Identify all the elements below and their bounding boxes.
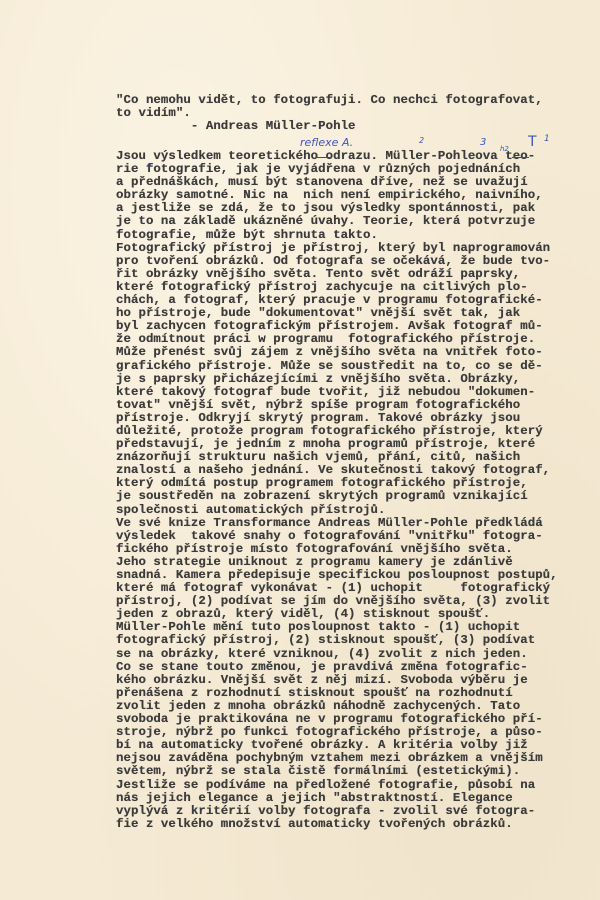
epigraph: "Co nemohu vidět, to fotografuji. Co nec… xyxy=(116,94,543,133)
text-line: grafického přístroje. Může se soustředit… xyxy=(116,359,543,373)
epigraph-line: "Co nemohu vidět, to fotografuji. Co nec… xyxy=(116,93,543,107)
text-line: byl zachycen fotografickým přístrojem. A… xyxy=(116,319,543,333)
scanned-page: "Co nemohu vidět, to fotografuji. Co nec… xyxy=(0,0,600,900)
text-line: fotografický přístroj, (2) stisknout spo… xyxy=(116,633,535,647)
text-line: obrázky samotné. Nic na nich není empiri… xyxy=(116,188,543,202)
text-line: Může přenést svůj zájem z vnějšího světa… xyxy=(116,345,543,359)
text-line: je to na základě ukázněné úvahy. Teorie,… xyxy=(116,214,535,228)
text-line: vyplývá z kritérií volby fotografa - zvo… xyxy=(116,804,535,818)
handwritten-mark-h2: h2 xyxy=(500,144,509,155)
handwritten-mark-t: T xyxy=(528,137,537,148)
text-line: fie z velkého množství automaticky tvoře… xyxy=(116,817,513,831)
strikethrough-mark xyxy=(512,157,529,158)
text-line: Jsou výsledkem teoretického odrazu. Müll… xyxy=(116,149,535,163)
text-line: snadná. Kamera předepisuje specifickou p… xyxy=(116,568,558,582)
text-line: Jestliže se podíváme na předložené fotog… xyxy=(116,778,535,792)
text-line: který odmítá postup programem fotografic… xyxy=(116,476,528,490)
text-line: znázorňují strukturu našich vjemů, přání… xyxy=(116,450,520,464)
text-line: které má fotograf vykonávat - (1) uchopi… xyxy=(116,581,550,595)
text-line: že odmítnout práci w programu fotografic… xyxy=(116,332,535,346)
text-line: společnosti automatických přístrojů. xyxy=(116,503,385,517)
text-line: se na obrázky, které vzniknou, (4) zvoli… xyxy=(116,647,528,661)
text-line: kého obrázku. Vnější svět z něj mizí. Sv… xyxy=(116,673,528,687)
text-line: přístroje. Odkryjí skrytý program. Takov… xyxy=(116,411,520,425)
text-line: výsledek takové snahy o fotografování "v… xyxy=(116,529,543,543)
epigraph-line: to vidím". xyxy=(116,106,191,120)
text-line: fotografie, může být shrnuta takto. xyxy=(116,228,378,242)
text-line: svoboda je praktikována ne v programu fo… xyxy=(116,712,543,726)
text-line: Co se stane touto změnou, je pravdivá zm… xyxy=(116,660,528,674)
text-line: řit obrázky vnějšího světa. Tento svět o… xyxy=(116,267,520,281)
text-line: Müller-Pohle mění tuto posloupnost takto… xyxy=(116,620,520,634)
text-line: znalostí a našeho jednání. Ve skutečnost… xyxy=(116,463,550,477)
text-line: Ve své knize Transformance Andreas Mülle… xyxy=(116,516,543,530)
text-line: jeden z obrazů, který viděl, (4) stiskno… xyxy=(116,607,490,621)
text-line: fického přístroje místo fotografování vn… xyxy=(116,542,513,556)
text-line: které takový fotograf bude tvořit, již n… xyxy=(116,385,535,399)
handwritten-mark-3: 3 xyxy=(480,137,486,148)
text-line: stroje, nýbrž po funkci fotografického p… xyxy=(116,725,543,739)
text-line: je s paprsky přicházejícími z vnějšího s… xyxy=(116,372,520,386)
text-line: přenášena z rozhodnutí stisknout spoušť … xyxy=(116,686,513,700)
text-line: a jestliže se zdá, že to jsou výsledky s… xyxy=(116,201,535,215)
text-line: důležité, protože program fotografického… xyxy=(116,424,543,438)
body-text: Jsou výsledkem teoretického odrazu. Müll… xyxy=(116,150,558,831)
text-line: pro tvoření obrázků. Od fotografa se oče… xyxy=(116,254,550,268)
text-line: Fotografický přístroj je přístroj, který… xyxy=(116,241,550,255)
text-line: ho přístroje, bude "dokumentovat" vnější… xyxy=(116,306,520,320)
handwritten-annotation-reflexe: reflexe A. xyxy=(300,137,353,148)
text-line: přístroj, (2) podívat se jím do vnějšího… xyxy=(116,594,550,608)
strikethrough-mark xyxy=(316,157,332,158)
text-line: Jeho strategie uniknout z programu kamer… xyxy=(116,555,513,569)
handwritten-mark-o: o xyxy=(147,160,151,171)
text-line: nejsou zaváděna pochybným vztahem mezi o… xyxy=(116,751,543,765)
handwritten-mark-1: 1 xyxy=(544,134,550,145)
text-line: rie fotografie, jak je vyjádřena v různý… xyxy=(116,162,520,176)
text-line: tovat" vnější svět, nýbrž spíše program … xyxy=(116,398,520,412)
handwritten-mark-2: 2 xyxy=(419,135,424,146)
text-line: představují, je jedním z mnoha programů … xyxy=(116,437,535,451)
text-line: které fotografický přístroj zachycuje na… xyxy=(116,280,528,294)
epigraph-author: - Andreas Müller-Pohle xyxy=(116,119,356,133)
text-line: nás jejich elegance a jejich "abstraktno… xyxy=(116,791,513,805)
text-line: bí na automaticky tvořené obrázky. A kri… xyxy=(116,738,528,752)
text-line: zvolit jeden z mnoha obrázků náhodně zac… xyxy=(116,699,520,713)
text-line: je soustředěn na zobrazení skrytých prog… xyxy=(116,489,528,503)
text-line: a přednáškách, musí být stanovena dříve,… xyxy=(116,175,528,189)
text-line: světem, nýbrž se stala čistě formálními … xyxy=(116,764,520,778)
text-line: chách, a fotograf, který pracuje v progr… xyxy=(116,293,543,307)
